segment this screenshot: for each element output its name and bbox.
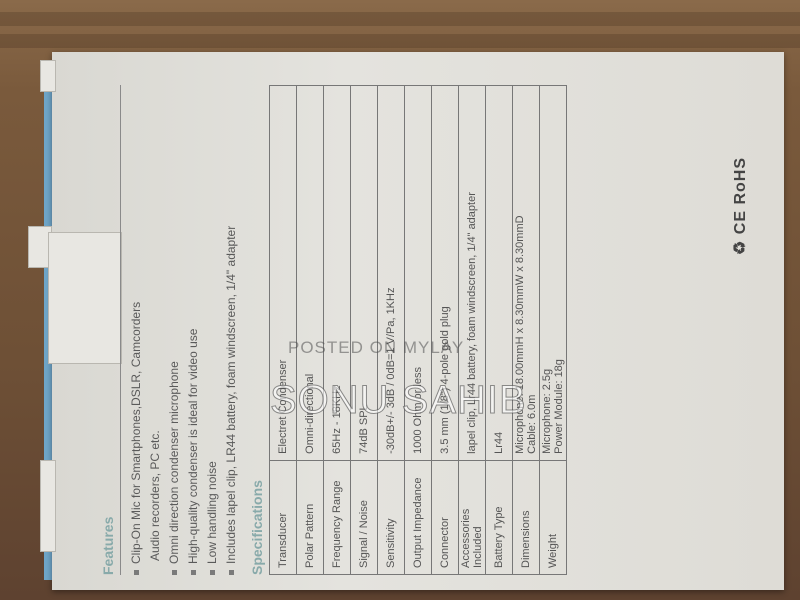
spec-key: Accessories Included bbox=[459, 460, 486, 574]
spec-row: Output Impedance1000 Ohm or less bbox=[405, 86, 432, 575]
specifications-section: Specifications TransducerElectret Conden… bbox=[249, 85, 567, 575]
spec-row: TransducerElectret Condenser bbox=[270, 86, 297, 575]
box-print: Features Clip-On Mic for Smartphones,DSL… bbox=[100, 85, 790, 575]
wood-grain bbox=[0, 34, 800, 48]
features-section: Features Clip-On Mic for Smartphones,DSL… bbox=[100, 85, 241, 575]
features-list: Clip-On Mic for Smartphones,DSLR, Camcor… bbox=[127, 85, 241, 575]
spec-value: Microphone: 2.5gPower Module: 18g bbox=[540, 86, 567, 461]
watermark-posted: POSTED ON MYLAY bbox=[288, 338, 464, 358]
spec-key: Transducer bbox=[270, 460, 297, 574]
bullet-icon bbox=[134, 570, 139, 575]
specifications-table: TransducerElectret CondenserPolar Patter… bbox=[269, 85, 567, 575]
specifications-title: Specifications bbox=[249, 85, 265, 575]
feature-item: Includes lapel clip, LR44 battery, foam … bbox=[222, 85, 241, 575]
spec-key: Sensitivity bbox=[378, 460, 405, 574]
feature-item: High-quality condenser is ideal for vide… bbox=[184, 85, 203, 575]
bullet-icon bbox=[229, 570, 234, 575]
watermark-name: SONU SAHIB bbox=[270, 378, 527, 423]
certification-marks: ♻ CE RoHS bbox=[730, 157, 750, 255]
bullet-icon bbox=[210, 570, 215, 575]
spec-key: Polar Pattern bbox=[297, 460, 324, 574]
spec-key: Battery Type bbox=[486, 460, 513, 574]
spec-row: Connector3.5 mm (1/8") 4-pole gold plug bbox=[432, 86, 459, 575]
spec-key: Weight bbox=[540, 460, 567, 574]
spec-key: Signal / Noise bbox=[351, 460, 378, 574]
bullet-icon bbox=[172, 570, 177, 575]
feature-item: Omni direction condenser microphone bbox=[165, 85, 184, 575]
spec-row: Battery TypeLr44 bbox=[486, 86, 513, 575]
spec-row: DimensionsMicrophone: 18.00mmH x 8.30mmW… bbox=[513, 86, 540, 575]
spec-row: Polar PatternOmni-directional bbox=[297, 86, 324, 575]
spec-key: Connector bbox=[432, 460, 459, 574]
spec-key: Frequency Range bbox=[324, 460, 351, 574]
feature-item: Clip-On Mic for Smartphones,DSLR, Camcor… bbox=[127, 85, 146, 575]
spec-row: Accessories Includedlapel clip, Lr44 bat… bbox=[459, 86, 486, 575]
divider bbox=[120, 85, 121, 575]
spec-key: Output Impedance bbox=[405, 460, 432, 574]
spec-row: WeightMicrophone: 2.5gPower Module: 18g bbox=[540, 86, 567, 575]
bullet-icon bbox=[191, 570, 196, 575]
features-title: Features bbox=[100, 85, 116, 575]
feature-item: Audio recorders, PC etc. bbox=[146, 85, 165, 575]
feature-item: Low handling noise bbox=[203, 85, 222, 575]
spec-key: Dimensions bbox=[513, 460, 540, 574]
wood-grain bbox=[0, 12, 800, 26]
spec-row: Sensitivity-30dB+/- 3dB / 0dB=1 V/Pa, 1K… bbox=[378, 86, 405, 575]
spec-row: Frequency Range65Hz - 18KHz bbox=[324, 86, 351, 575]
spec-row: Signal / Noise74dB SPL bbox=[351, 86, 378, 575]
box-flap bbox=[40, 60, 56, 92]
box-flap bbox=[40, 460, 56, 552]
